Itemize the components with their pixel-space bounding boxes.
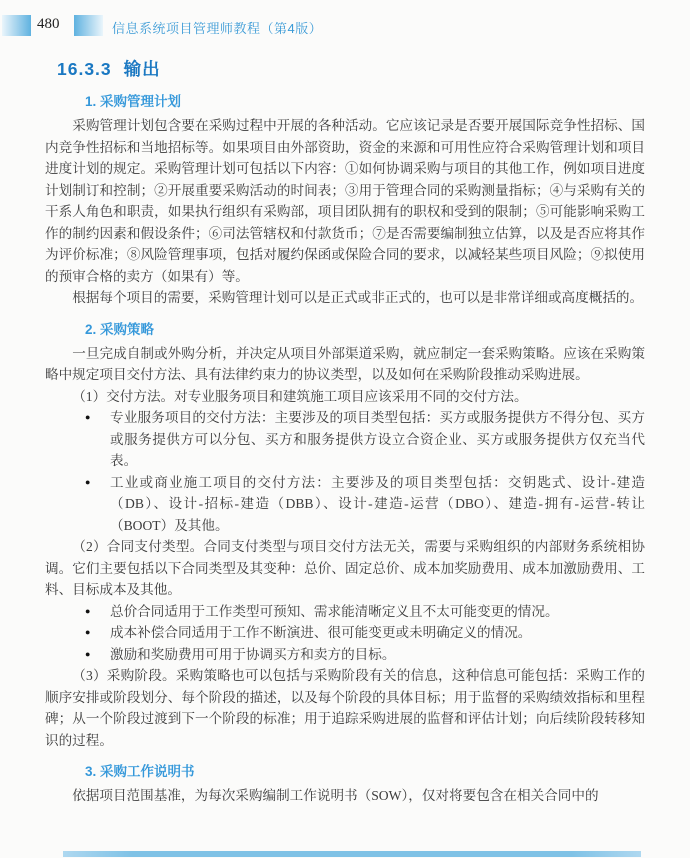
paragraph: （1）交付方法。对专业服务项目和建筑施工项目应该采用不同的交付方法。 <box>45 386 645 408</box>
bullet-icon: ● <box>85 407 110 472</box>
paragraph: 一旦完成自制或外购分析，并决定从项目外部渠道采购，就应制定一套采购策略。应该在采… <box>45 343 645 386</box>
list-item: ● 成本补偿合同适用于工作不断演进、很可能变更或未明确定义的情况。 <box>85 622 645 644</box>
page-number: 480 <box>37 16 60 33</box>
bullet-icon: ● <box>85 472 110 537</box>
paragraph: 依据项目范围基准，为每次采购编制工作说明书（SOW），仅对将要包含在相关合同中的 <box>45 785 645 807</box>
list-item-text: 成本补偿合同适用于工作不断演进、很可能变更或未明确定义的情况。 <box>110 622 645 644</box>
header-accent-left <box>2 15 31 36</box>
paragraph: 根据每个项目的需要，采购管理计划可以是正式或非正式的，也可以是非常详细或高度概括… <box>45 287 645 309</box>
bullet-icon: ● <box>85 601 110 623</box>
list-item-text: 专业服务项目的交付方法：主要涉及的项目类型包括：买方或服务提供方不得分包、买方或… <box>110 407 645 472</box>
paragraph: 采购管理计划包含要在采购过程中开展的各种活动。它应该记录是否要开展国际竞争性招标… <box>45 115 645 287</box>
list-item-text: 工业或商业施工项目的交付方法：主要涉及的项目类型包括：交钥匙式、设计-建造（DB… <box>110 472 645 537</box>
paragraph: （2）合同支付类型。合同支付类型与项目交付方法无关，需要与采购组织的内部财务系统… <box>45 536 645 601</box>
bullet-icon: ● <box>85 622 110 644</box>
list-item-text: 总价合同适用于工作类型可预知、需求能清晰定义且不太可能变更的情况。 <box>110 601 645 623</box>
subsection-heading-2: 2. 采购策略 <box>85 318 645 338</box>
paragraph: （3）采购阶段。采购策略也可以包括与采购阶段有关的信息，这种信息可能包括：采购工… <box>45 665 645 751</box>
list-item: ● 专业服务项目的交付方法：主要涉及的项目类型包括：买方或服务提供方不得分包、买… <box>85 407 645 472</box>
subsection-heading-3: 3. 采购工作说明书 <box>85 760 645 780</box>
list-item: ● 激励和奖励费用可用于协调买方和卖方的目标。 <box>85 644 645 666</box>
subsection-heading-1: 1. 采购管理计划 <box>85 90 645 110</box>
list-item-text: 激励和奖励费用可用于协调买方和卖方的目标。 <box>110 644 645 666</box>
page-header: 480 信息系统项目管理师教程（第4版） <box>0 14 690 38</box>
footer-accent-bar <box>63 851 641 857</box>
section-title: 输出 <box>124 59 161 79</box>
section-number: 16.3.3 <box>57 59 112 79</box>
list-item: ● 工业或商业施工项目的交付方法：主要涉及的项目类型包括：交钥匙式、设计-建造（… <box>85 472 645 537</box>
book-title: 信息系统项目管理师教程（第4版） <box>112 18 322 37</box>
page-body: 16.3.3输出 1. 采购管理计划 采购管理计划包含要在采购过程中开展的各种活… <box>45 48 645 807</box>
section-heading: 16.3.3输出 <box>57 56 645 81</box>
bullet-icon: ● <box>85 644 110 666</box>
header-accent-right <box>74 15 103 36</box>
list-item: ● 总价合同适用于工作类型可预知、需求能清晰定义且不太可能变更的情况。 <box>85 601 645 623</box>
